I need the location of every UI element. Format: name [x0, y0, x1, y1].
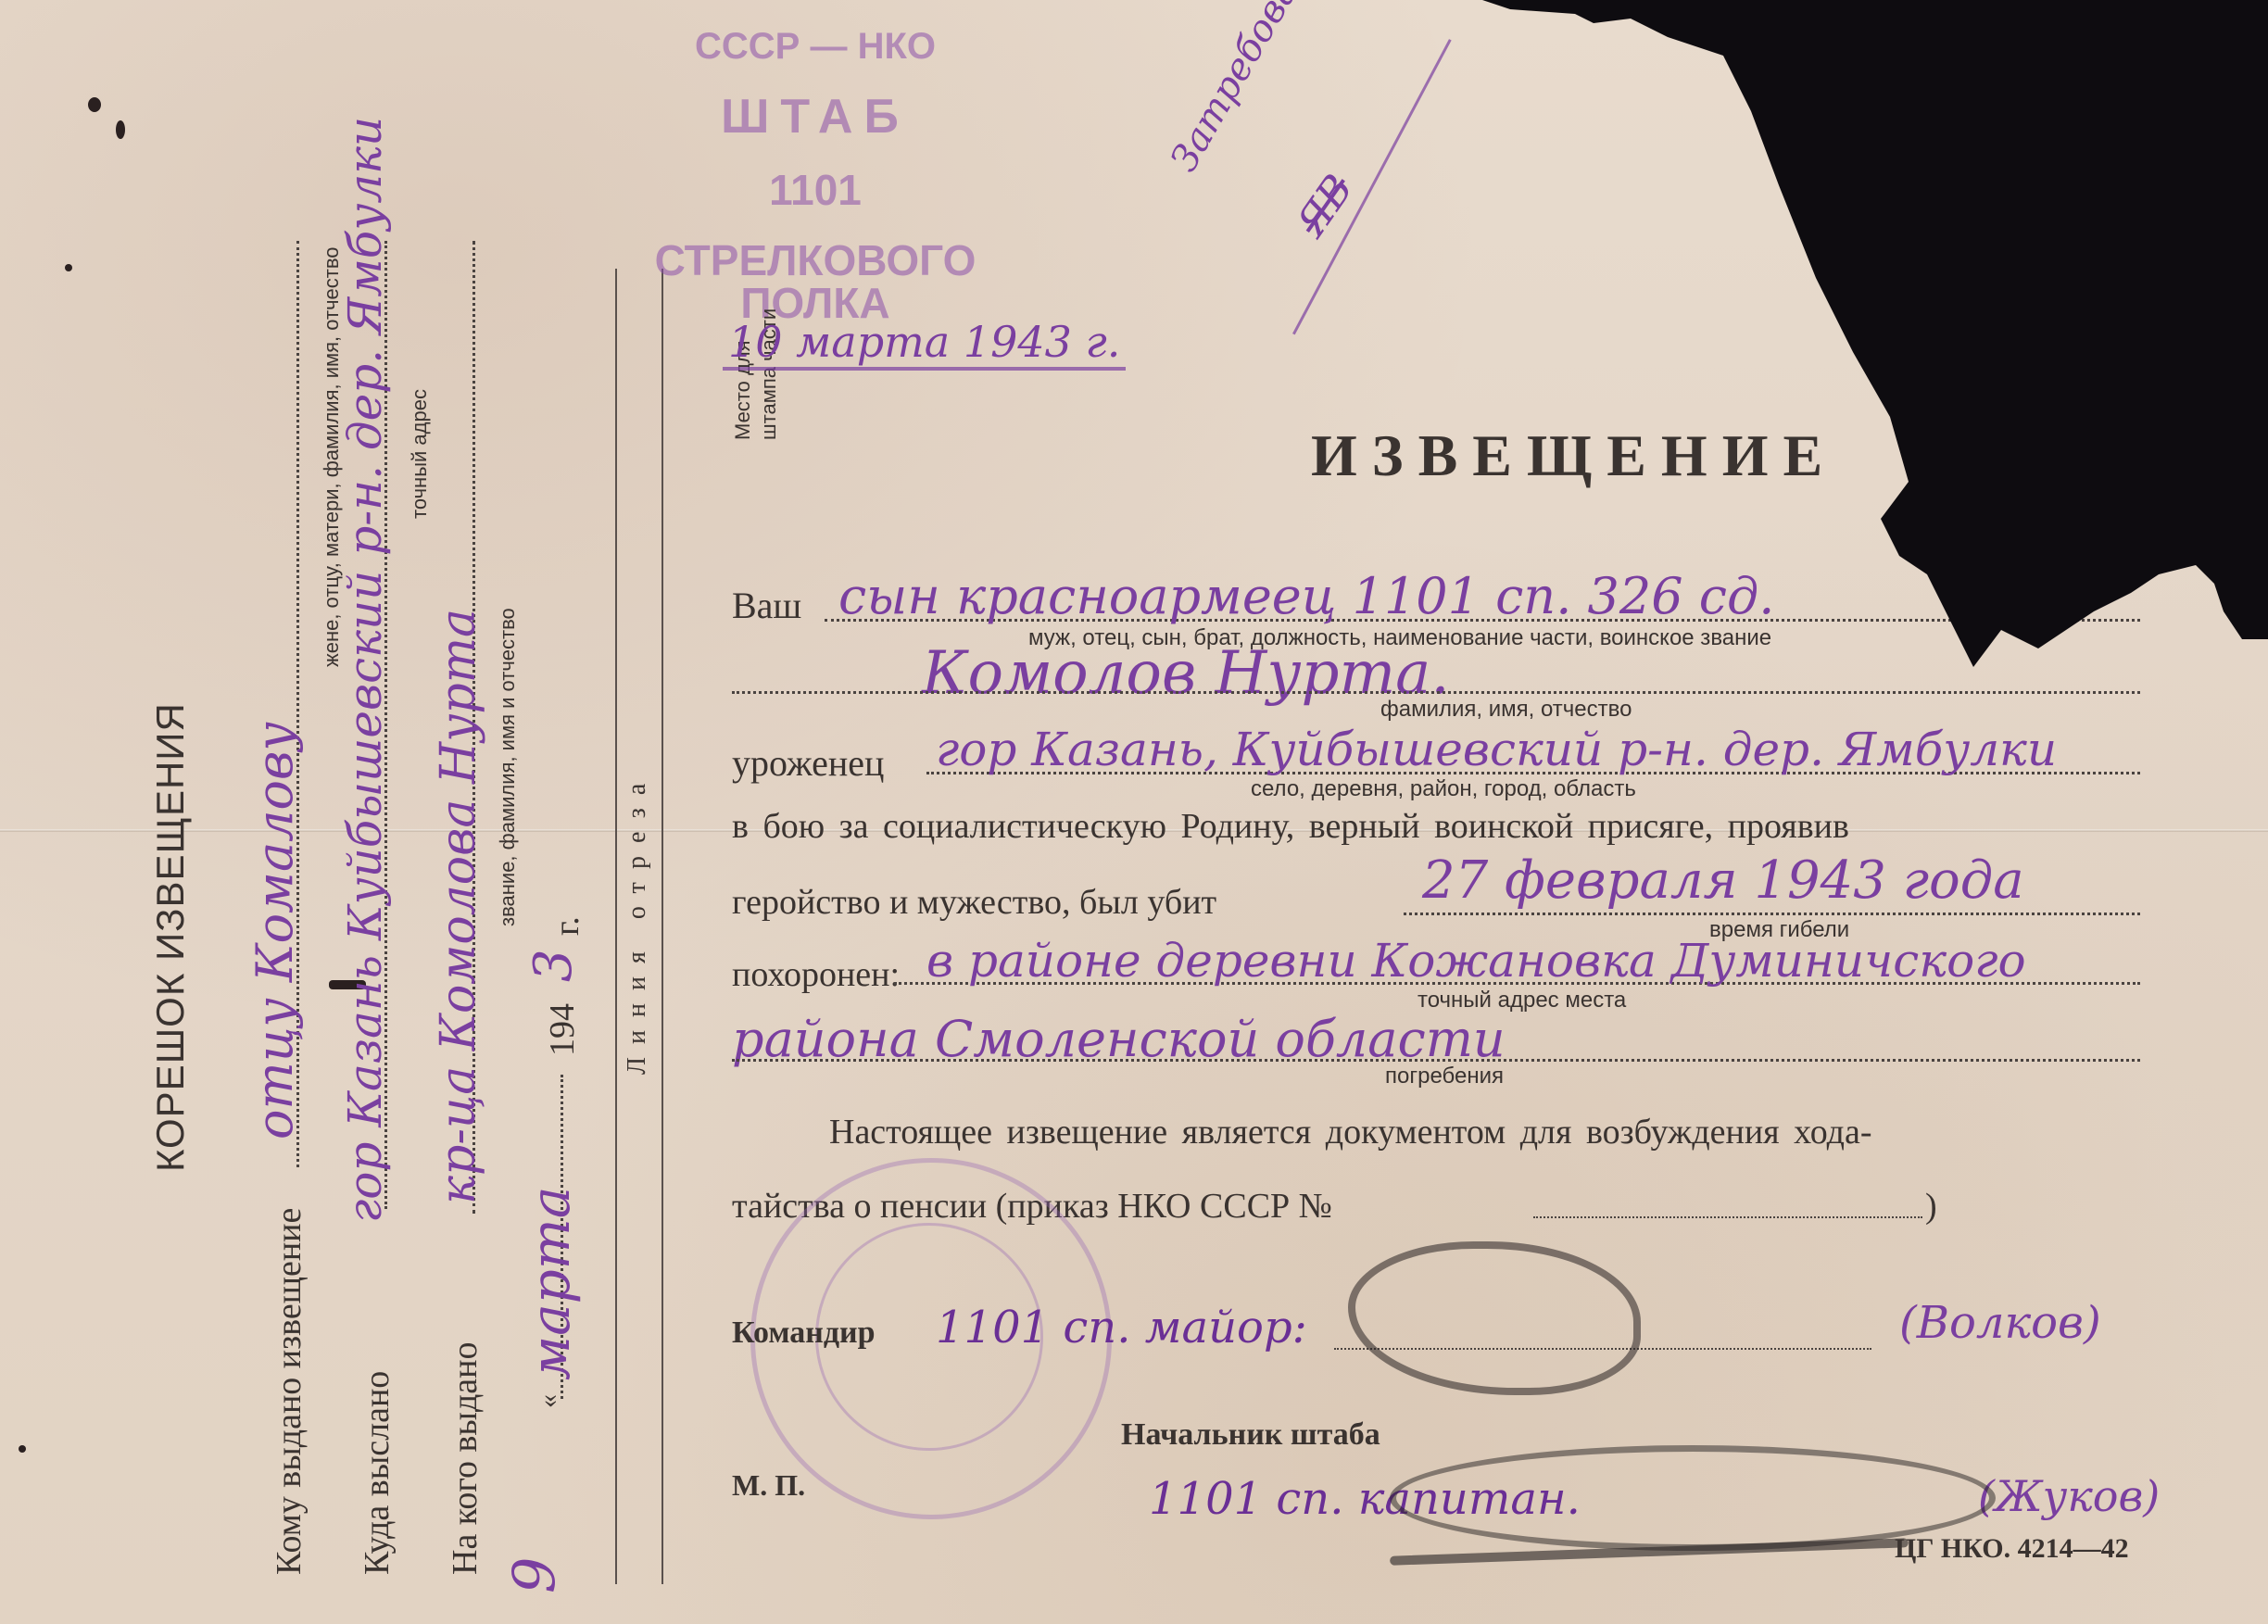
cut-line-label: Линия отреза [623, 771, 652, 1075]
relation-value: сын красноармеец 1101 сп. 326 сд. [838, 567, 1774, 625]
native-value: гор Казань, Куйбышевский р-н. дер. Ямбул… [936, 723, 2057, 776]
stub-title: КОРЕШОК ИЗВЕЩЕНИЯ [148, 702, 193, 1172]
unit-stamp: СССР — НКО ШТАБ 1101 СТРЕЛКОВОГО ПОЛКА [574, 28, 1056, 324]
stub-field-about-caption: звание, фамилия, имя и отчество [496, 608, 520, 926]
damage-hole [65, 264, 72, 271]
name-caption: фамилия, имя, отчество [1380, 697, 1632, 723]
buried-label: похоронен: [732, 954, 900, 995]
death-date-value: 27 февраля 1943 года [1422, 850, 2024, 911]
pension-line2-end: ) [1925, 1186, 1937, 1227]
commander-label: Командир [732, 1316, 876, 1351]
stub-field-recipient-label: Кому выдано извещение [269, 1208, 309, 1575]
stub-field-address-value: гор Казань Куйбышевский р-н. дер. Ямбулк… [338, 117, 392, 1223]
stub-field-about-value: кр-ца Комолова Нурта [431, 609, 486, 1204]
native-caption: село, деревня, район, город, область [1251, 776, 1636, 802]
notice-title: ИЗВЕЩЕНИЕ [1311, 422, 1837, 490]
unit-stamp-line: СТРЕЛКОВОГО ПОЛКА [574, 239, 1056, 324]
damage-hole [19, 1445, 26, 1453]
seal-label: М. П. [732, 1468, 805, 1503]
issue-date: 10 марта 1943 г. [723, 317, 1126, 371]
buried-value-1: в районе деревни Кожановка Думиничского [926, 934, 2026, 988]
stub-date-day: 9 [500, 1557, 568, 1593]
stub-field-address-label: Куда выслано [357, 1371, 397, 1575]
unit-stamp-line: ШТАБ [574, 93, 1056, 141]
stub-date-year-prefix: 194 [542, 1003, 583, 1056]
stub-field-about-label: На кого выдано [445, 1342, 485, 1576]
stub-field-address-caption: точный адрес [408, 389, 432, 519]
stub-date-month: марта [519, 1187, 582, 1380]
stub-date-year-suffix: 3 [523, 949, 584, 982]
stub-field-recipient-value: отцу Комалову [246, 722, 304, 1139]
damage-hole [88, 97, 101, 112]
stub-date-quote: « [533, 1394, 564, 1408]
native-label: уроженец [732, 741, 884, 785]
notice-body-line1: в бою за социалистическую Родину, верный… [732, 806, 1849, 847]
notice-body-line2: геройство и мужество, был убит [732, 882, 1216, 923]
your-label: Ваш [732, 584, 801, 627]
name-line[interactable] [732, 691, 2140, 694]
buried-caption-2: погребения [1385, 1064, 1504, 1089]
pension-order-line[interactable] [1533, 1216, 1922, 1218]
unit-stamp-line: СССР — НКО [574, 28, 1056, 65]
form-code: ЦГ НКО. 4214—42 [1895, 1533, 2129, 1565]
cut-line-left[interactable] [615, 269, 617, 1584]
name-value: Комолов Нурта. [922, 639, 1450, 708]
commander-name: (Волков) [1899, 1297, 2101, 1349]
chief-label: Начальник штаба [1121, 1417, 1380, 1453]
damage-hole [116, 120, 125, 139]
stub-date-year-unit: г. [547, 916, 587, 936]
death-date-line[interactable] [1404, 913, 2140, 915]
unit-stamp-line: 1101 [574, 169, 1056, 211]
chief-name: (Жуков) [1978, 1471, 2160, 1521]
cut-line-right[interactable] [661, 269, 663, 1584]
pension-line1: Настоящее извещение является документом … [829, 1112, 1871, 1152]
buried-line-2[interactable] [732, 1059, 2140, 1062]
commander-value: 1101 сп. майор: [936, 1302, 1307, 1353]
